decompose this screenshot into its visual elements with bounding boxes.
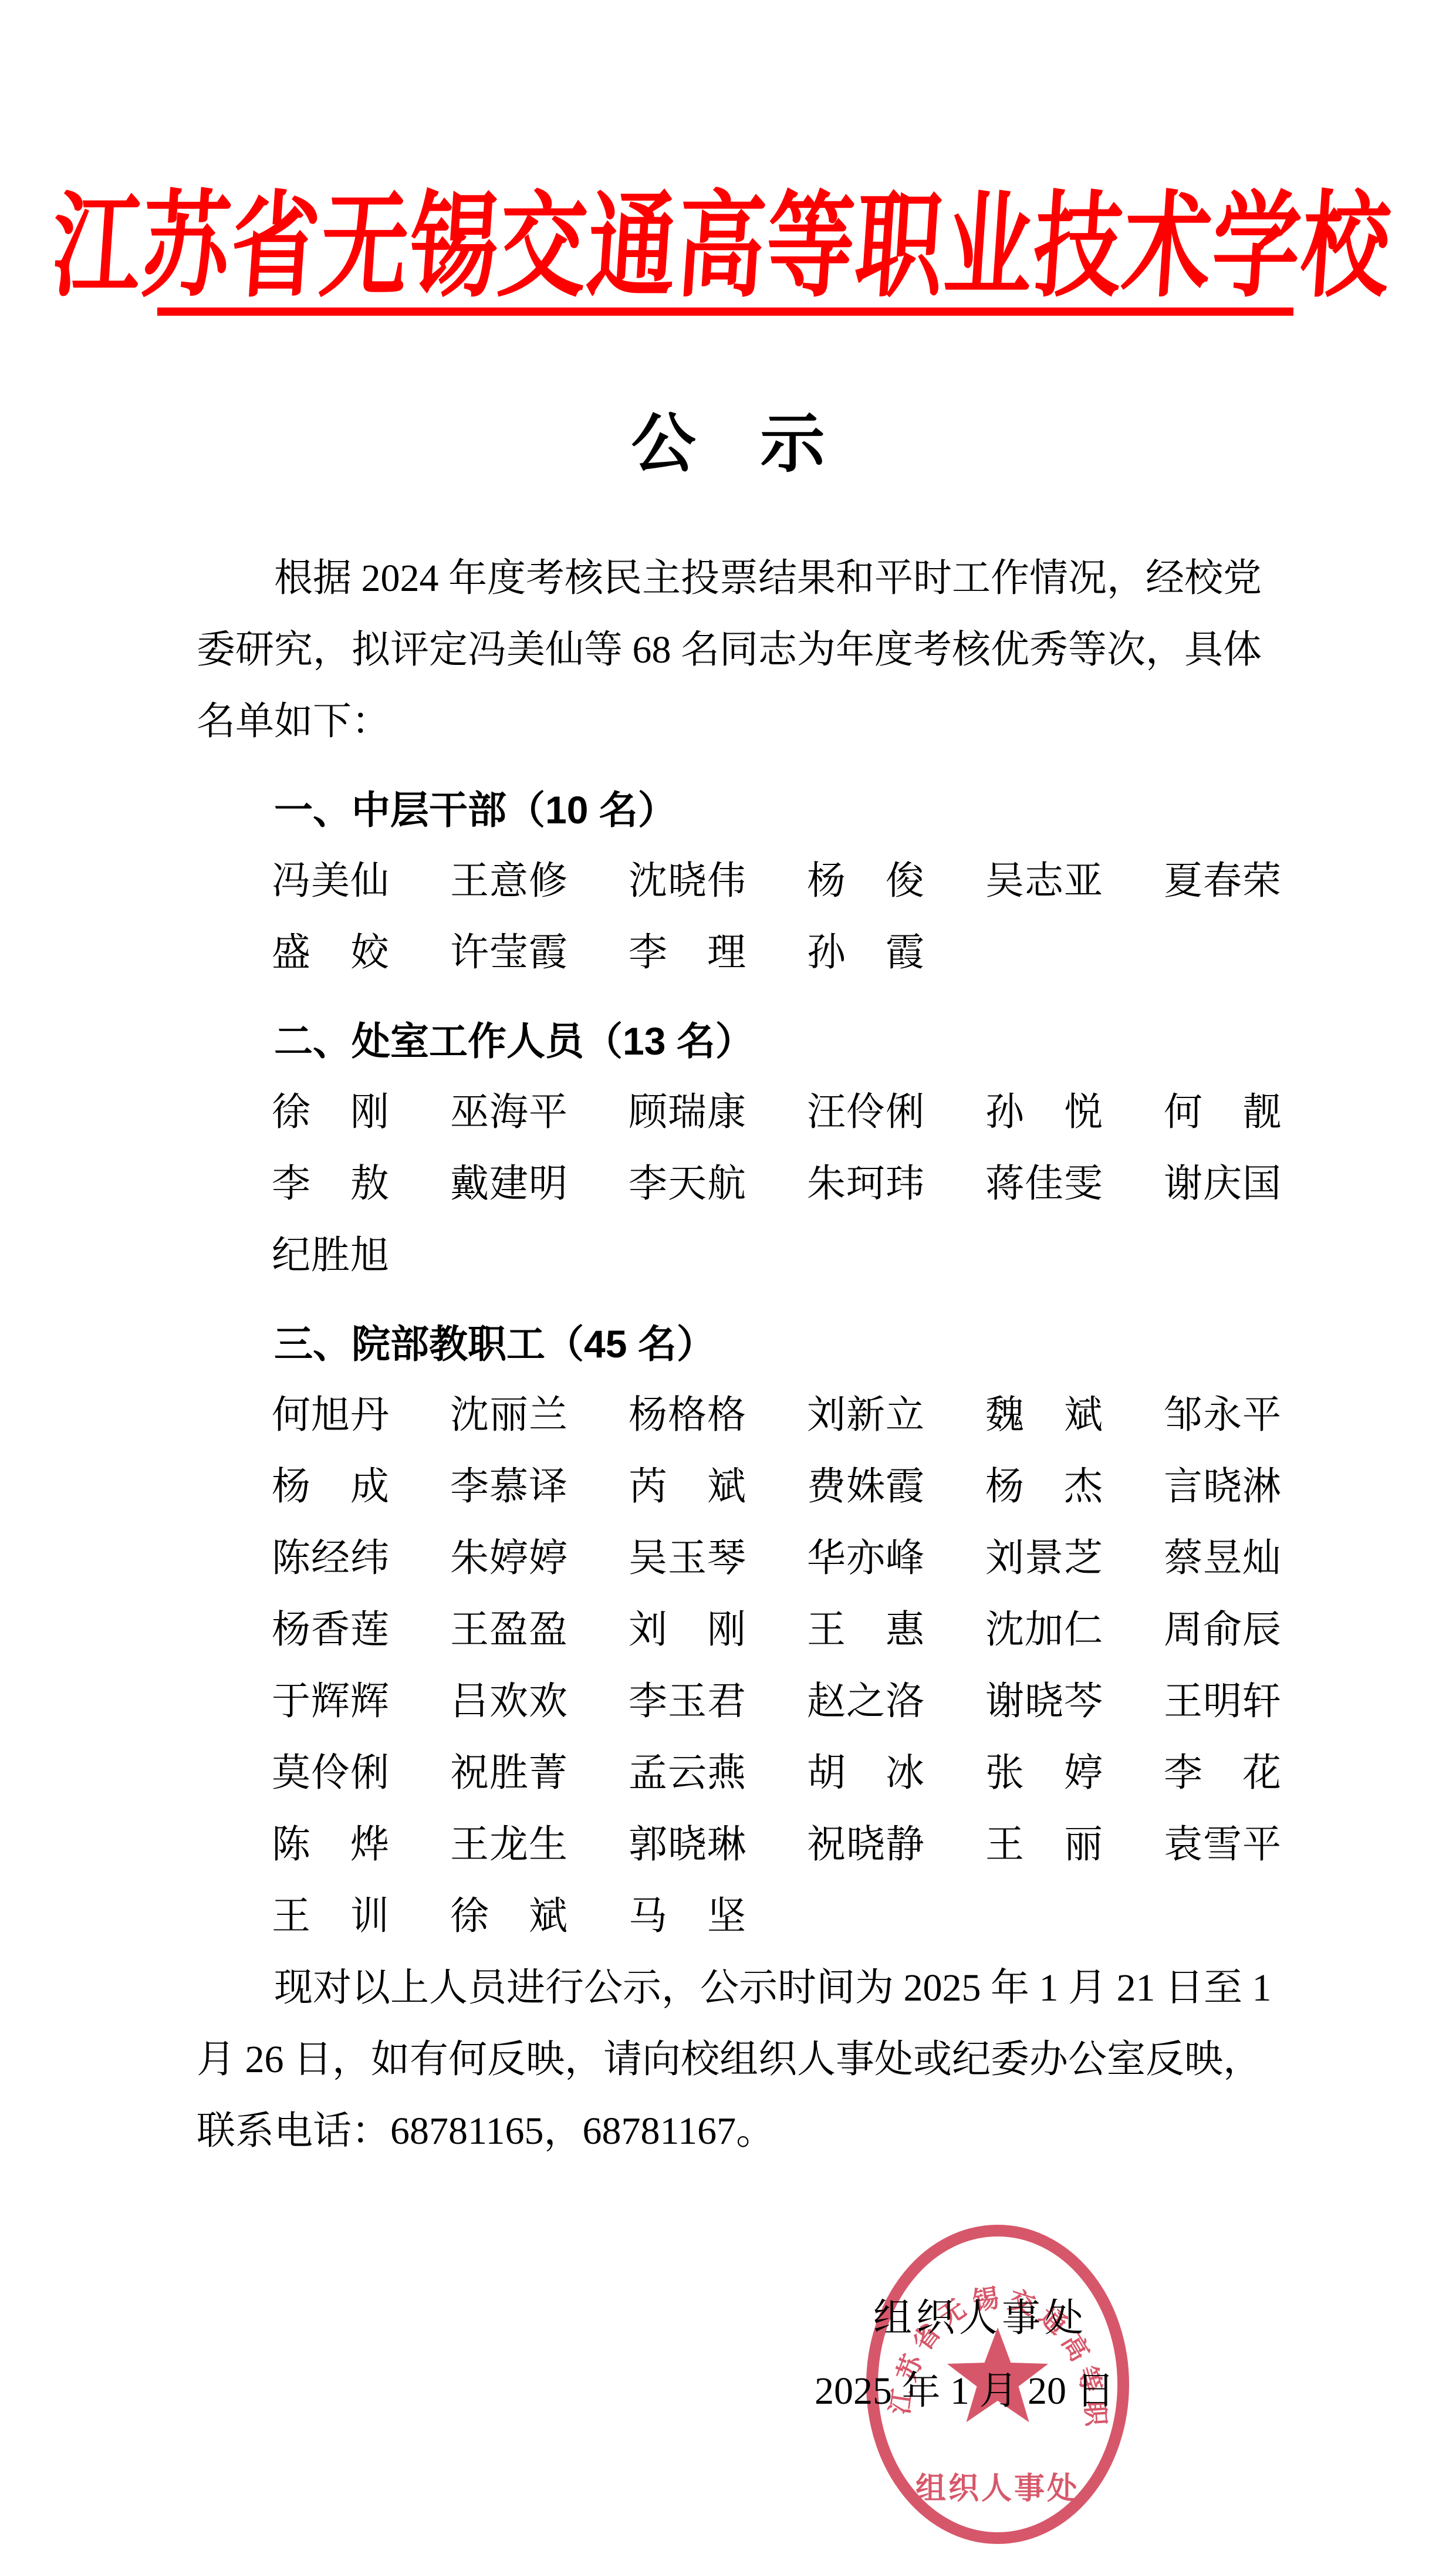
person-name-char: 轩 [1242, 1666, 1281, 1738]
closing-line: 现对以上人员进行公示，公示时间为 2025 年 1 月 21 日至 1 [197, 1952, 1300, 2024]
names-row: 杨香莲王盈盈刘刚王惠沈加仁周俞辰 [272, 1594, 1300, 1666]
person-name-char: 琳 [707, 1809, 746, 1881]
person-name-char: 花 [1242, 1738, 1281, 1809]
person-name-char: 魏 [985, 1380, 1024, 1451]
person-name-char: 蒋 [985, 1148, 1024, 1220]
person-name-char: 何 [1164, 1077, 1202, 1148]
person-name-char: 郭 [629, 1809, 667, 1881]
person-name-char: 李 [629, 1148, 667, 1220]
person-name: 蒋佳雯 [985, 1148, 1103, 1220]
person-name-char: 袁 [1164, 1809, 1202, 1881]
person-name: 李敖 [272, 1148, 389, 1220]
person-name-char: 顾 [629, 1077, 667, 1148]
names-row: 徐刚巫海平顾瑞康汪伶俐孙悦何靓 [272, 1077, 1300, 1148]
person-name-char: 汪 [807, 1077, 846, 1148]
person-name-char: 靓 [1242, 1077, 1281, 1148]
person-name-char: 沈 [450, 1380, 489, 1451]
person-name-char: 冰 [886, 1738, 924, 1809]
person-name-char: 理 [707, 917, 746, 989]
person-name-char: 杨 [272, 1451, 310, 1523]
person-name-char: 杨 [629, 1380, 667, 1451]
person-name-char: 明 [1203, 1666, 1242, 1738]
person-name-char: 佳 [1025, 1148, 1063, 1220]
person-name-char: 朱 [450, 1523, 489, 1594]
names-row: 于辉辉吕欢欢李玉君赵之洛谢晓芩王明轩 [272, 1666, 1300, 1738]
person-name-char: 烨 [350, 1809, 389, 1881]
person-name-char: 王 [450, 1594, 489, 1666]
person-name: 孟云燕 [629, 1738, 746, 1809]
person-name-char: 何 [272, 1380, 310, 1451]
person-name-char: 刚 [350, 1077, 389, 1148]
person-name-char: 王 [1164, 1666, 1202, 1738]
person-name-char: 悦 [1064, 1077, 1103, 1148]
person-name: 谢晓芩 [985, 1666, 1103, 1738]
person-name: 杨俊 [807, 846, 924, 917]
person-name-char: 张 [985, 1738, 1024, 1809]
person-name-char: 欢 [529, 1666, 567, 1738]
person-name-char: 祝 [807, 1809, 846, 1881]
intro-line: 委研究，拟评定冯美仙等 68 名同志为年度考核优秀等次，具体 [197, 614, 1300, 686]
person-name-char: 赵 [807, 1666, 846, 1738]
person-name-char: 旭 [350, 1220, 389, 1292]
page-title: 公 示 [0, 392, 1456, 485]
person-name-char: 周 [1164, 1594, 1202, 1666]
person-name-char: 祝 [450, 1738, 489, 1809]
person-name-char: 芩 [1064, 1666, 1103, 1738]
person-name-char: 巫 [450, 1077, 489, 1148]
person-name: 王龙生 [450, 1809, 567, 1881]
names-row: 何旭丹沈丽兰杨格格刘新立魏斌邹永平 [272, 1380, 1300, 1451]
person-name-char: 吴 [629, 1523, 667, 1594]
person-name-char: 霞 [886, 917, 924, 989]
person-name-char: 美 [311, 846, 350, 917]
names-row: 王训徐斌马坚 [272, 1881, 1300, 1952]
person-name-char: 坚 [707, 1881, 746, 1952]
person-name-char: 李 [272, 1148, 310, 1220]
person-name-char: 晓 [846, 1809, 885, 1881]
person-name-char: 夏 [1164, 846, 1202, 917]
person-name-char: 淋 [1242, 1451, 1281, 1523]
person-name-char: 慕 [489, 1451, 528, 1523]
person-name-char: 胜 [311, 1220, 350, 1292]
person-name-char: 格 [707, 1380, 746, 1451]
person-name-char: 荣 [1242, 846, 1281, 917]
person-name: 吕欢欢 [450, 1666, 567, 1738]
person-name: 陈经纬 [272, 1523, 389, 1594]
person-name-char: 姣 [350, 917, 389, 989]
person-name-char: 杨 [807, 846, 846, 917]
person-name: 蔡昱灿 [1164, 1523, 1281, 1594]
person-name-char: 俊 [886, 846, 924, 917]
document-body: 根据 2024 年度考核民主投票结果和平时工作情况，经校党 委研究，拟评定冯美仙… [197, 543, 1300, 2167]
person-name-char: 亦 [846, 1523, 885, 1594]
person-name: 盛姣 [272, 917, 389, 989]
person-name-char: 陈 [272, 1809, 310, 1881]
sections-container: 一、中层干部（10 名）冯美仙王意修沈晓伟杨俊吴志亚夏春荣盛姣许莹霞李理孙霞二、… [197, 774, 1300, 1952]
announcement-page: 江苏省无锡交通高等职业技术学校 公 示 根据 2024 年度考核民主投票结果和平… [0, 0, 1456, 2561]
person-name-char: 于 [272, 1666, 310, 1738]
person-name-char: 斌 [707, 1451, 746, 1523]
person-name: 顾瑞康 [629, 1077, 746, 1148]
person-name-char: 谢 [1164, 1148, 1202, 1220]
person-name-char: 航 [707, 1148, 746, 1220]
person-name: 李天航 [629, 1148, 746, 1220]
person-name: 夏春荣 [1164, 846, 1281, 917]
closing-line: 联系电话：68781165，68781167。 [197, 2096, 1300, 2167]
person-name-char: 志 [1025, 846, 1063, 917]
person-name: 何靓 [1164, 1077, 1281, 1148]
person-name-char: 盈 [529, 1594, 567, 1666]
person-name-char: 平 [1242, 1809, 1281, 1881]
person-name-char: 孙 [807, 917, 846, 989]
person-name: 王盈盈 [450, 1594, 567, 1666]
person-name: 杨成 [272, 1451, 389, 1523]
person-name-char: 伟 [707, 846, 746, 917]
closing-line: 月 26 日，如有何反映，请向校组织人事处或纪委办公室反映， [197, 2024, 1300, 2096]
person-name-char: 费 [807, 1451, 846, 1523]
person-name-char: 云 [668, 1738, 707, 1809]
person-name-char: 庆 [1203, 1148, 1242, 1220]
person-name-char: 建 [489, 1148, 528, 1220]
person-name: 芮斌 [629, 1451, 746, 1523]
person-name: 巫海平 [450, 1077, 567, 1148]
person-name: 李玉君 [629, 1666, 746, 1738]
person-name-char: 胜 [489, 1738, 528, 1809]
person-name: 张婷 [985, 1738, 1103, 1809]
person-name: 王明轩 [1164, 1666, 1281, 1738]
person-name: 沈丽兰 [450, 1380, 567, 1451]
person-name-char: 孙 [985, 1077, 1024, 1148]
person-name-char: 加 [1025, 1594, 1063, 1666]
person-name: 徐刚 [272, 1077, 389, 1148]
person-name-char: 永 [1203, 1380, 1242, 1451]
person-name-char: 杰 [1064, 1451, 1103, 1523]
person-name: 李理 [629, 917, 746, 989]
names-row: 李敖戴建明李天航朱珂玮蒋佳雯谢庆国 [272, 1148, 1300, 1220]
person-name: 袁雪平 [1164, 1809, 1281, 1881]
person-name: 胡冰 [807, 1738, 924, 1809]
signature-department: 组织人事处 [873, 2286, 1087, 2342]
person-name-char: 辰 [1242, 1594, 1281, 1666]
names-row: 盛姣许莹霞李理孙霞 [272, 917, 1300, 989]
person-name: 孙悦 [985, 1077, 1103, 1148]
person-name-char: 国 [1242, 1148, 1281, 1220]
person-name: 杨杰 [985, 1451, 1103, 1523]
person-name: 赵之洛 [807, 1666, 924, 1738]
person-name: 冯美仙 [272, 846, 389, 917]
person-name-char: 王 [272, 1881, 310, 1952]
person-name: 言晓淋 [1164, 1451, 1281, 1523]
stamp-bottom-text: 组织人事处 [916, 2472, 1080, 2506]
person-name-char: 刘 [985, 1523, 1024, 1594]
person-name-char: 马 [629, 1881, 667, 1952]
person-name: 何旭丹 [272, 1380, 389, 1451]
person-name: 朱婷婷 [450, 1523, 567, 1594]
person-name-char: 蔡 [1164, 1523, 1202, 1594]
person-name-char: 龙 [489, 1809, 528, 1881]
intro-line: 根据 2024 年度考核民主投票结果和平时工作情况，经校党 [197, 543, 1300, 614]
person-name: 许莹霞 [450, 917, 567, 989]
person-name-char: 王 [450, 1809, 489, 1881]
person-name-char: 纪 [272, 1220, 310, 1292]
section-heading: 二、处室工作人员（13 名） [197, 1005, 1300, 1077]
person-name-char: 平 [529, 1077, 567, 1148]
section-heading: 三、院部教职工（45 名） [197, 1308, 1300, 1380]
person-name-char: 戴 [450, 1148, 489, 1220]
person-name-char: 俐 [350, 1738, 389, 1809]
person-name-char: 朱 [807, 1148, 846, 1220]
person-name-char: 霞 [529, 917, 567, 989]
person-name-char: 晓 [1203, 1451, 1242, 1523]
person-name-char: 冯 [272, 846, 310, 917]
person-name-char: 平 [1242, 1380, 1281, 1451]
person-name-char: 玉 [668, 1666, 707, 1738]
person-name-char: 意 [489, 846, 528, 917]
person-name-char: 俞 [1203, 1594, 1242, 1666]
person-name-char: 莫 [272, 1738, 310, 1809]
person-name-char: 晓 [668, 1809, 707, 1881]
person-name-char: 盈 [489, 1594, 528, 1666]
person-name: 吴玉琴 [629, 1523, 746, 1594]
person-name-char: 辉 [350, 1666, 389, 1738]
person-name: 朱珂玮 [807, 1148, 924, 1220]
person-name-char: 伶 [846, 1077, 885, 1148]
person-name-char: 陈 [272, 1523, 310, 1594]
person-name-char: 之 [846, 1666, 885, 1738]
person-name-char: 莲 [350, 1594, 389, 1666]
person-name: 邹永平 [1164, 1380, 1281, 1451]
person-name-char: 雪 [1203, 1809, 1242, 1881]
person-name-char: 刚 [707, 1594, 746, 1666]
person-name-char: 王 [807, 1594, 846, 1666]
person-name-char: 婷 [489, 1523, 528, 1594]
person-name-char: 俐 [886, 1077, 924, 1148]
person-name: 马坚 [629, 1881, 746, 1952]
person-name-char: 经 [311, 1523, 350, 1594]
person-name: 周俞辰 [1164, 1594, 1281, 1666]
person-name-char: 王 [450, 846, 489, 917]
person-name-char: 菁 [529, 1738, 567, 1809]
person-name: 沈晓伟 [629, 846, 746, 917]
person-name-char: 格 [668, 1380, 707, 1451]
person-name-char: 斌 [529, 1881, 567, 1952]
person-name: 郭晓琳 [629, 1809, 746, 1881]
person-name-char: 敖 [350, 1148, 389, 1220]
person-name-char: 李 [629, 1666, 667, 1738]
person-name-char: 沈 [629, 846, 667, 917]
person-name-char: 杨 [272, 1594, 310, 1666]
names-row: 杨成李慕译芮斌费姝霞杨杰言晓淋 [272, 1451, 1300, 1523]
person-name-char: 杨 [985, 1451, 1024, 1523]
person-name-char: 成 [350, 1451, 389, 1523]
person-name-char: 李 [450, 1451, 489, 1523]
person-name-char: 天 [668, 1148, 707, 1220]
person-name-char: 旭 [311, 1380, 350, 1451]
person-name-char: 海 [489, 1077, 528, 1148]
school-name: 江苏省无锡交通高等职业技术学校 [0, 154, 1456, 319]
person-name-char: 芮 [629, 1451, 667, 1523]
person-name: 祝晓静 [807, 1809, 924, 1881]
names-row: 莫伶俐祝胜菁孟云燕胡冰张婷李花 [272, 1738, 1300, 1809]
person-name-char: 仁 [1064, 1594, 1103, 1666]
person-name: 王丽 [985, 1809, 1103, 1881]
person-name-char: 霞 [886, 1451, 924, 1523]
person-name-char: 昱 [1203, 1523, 1242, 1594]
person-name: 沈加仁 [985, 1594, 1103, 1666]
person-name-char: 莹 [489, 917, 528, 989]
person-name: 汪伶俐 [807, 1077, 924, 1148]
person-name: 祝胜菁 [450, 1738, 567, 1809]
person-name-char: 孟 [629, 1738, 667, 1809]
person-name: 戴建明 [450, 1148, 567, 1220]
person-name-char: 伶 [311, 1738, 350, 1809]
person-name: 孙霞 [807, 917, 924, 989]
person-name-char: 李 [629, 917, 667, 989]
letterhead-underline [157, 308, 1293, 316]
person-name: 华亦峰 [807, 1523, 924, 1594]
person-name: 纪胜旭 [272, 1220, 389, 1292]
person-name-char: 峰 [886, 1523, 924, 1594]
person-name-char: 晓 [1025, 1666, 1063, 1738]
person-name: 刘新立 [807, 1380, 924, 1451]
person-name-char: 丽 [1064, 1809, 1103, 1881]
person-name-char: 徐 [272, 1077, 310, 1148]
person-name-char: 燕 [707, 1738, 746, 1809]
person-name-char: 玮 [886, 1148, 924, 1220]
person-name-char: 静 [886, 1809, 924, 1881]
person-name-char: 姝 [846, 1451, 885, 1523]
person-name: 魏斌 [985, 1380, 1103, 1451]
person-name-char: 景 [1025, 1523, 1063, 1594]
person-name-char: 刘 [629, 1594, 667, 1666]
person-name-char: 训 [350, 1881, 389, 1952]
person-name: 刘刚 [629, 1594, 746, 1666]
person-name-char: 琴 [707, 1523, 746, 1594]
person-name-char: 新 [846, 1380, 885, 1451]
person-name-char: 惠 [886, 1594, 924, 1666]
person-name-char: 辉 [311, 1666, 350, 1738]
person-name: 王意修 [450, 846, 567, 917]
names-row: 冯美仙王意修沈晓伟杨俊吴志亚夏春荣 [272, 846, 1300, 917]
person-name-char: 许 [450, 917, 489, 989]
person-name: 陈烨 [272, 1809, 389, 1881]
person-name-char: 胡 [807, 1738, 846, 1809]
person-name-char: 玉 [668, 1523, 707, 1594]
person-name-char: 春 [1203, 846, 1242, 917]
person-name-char: 雯 [1064, 1148, 1103, 1220]
person-name-char: 邹 [1164, 1380, 1202, 1451]
person-name-char: 刘 [807, 1380, 846, 1451]
person-name-char: 译 [529, 1451, 567, 1523]
section-heading: 一、中层干部（10 名） [197, 774, 1300, 846]
person-name-char: 晓 [668, 846, 707, 917]
person-name-char: 李 [1164, 1738, 1202, 1809]
person-name-char: 香 [311, 1594, 350, 1666]
person-name-char: 兰 [529, 1380, 567, 1451]
person-name-char: 婷 [1064, 1738, 1103, 1809]
intro-line: 名单如下： [197, 686, 1300, 758]
person-name-char: 灿 [1242, 1523, 1281, 1594]
person-name-char: 丽 [489, 1380, 528, 1451]
person-name-char: 立 [886, 1380, 924, 1451]
person-name-char: 丹 [350, 1380, 389, 1451]
person-name-char: 芝 [1064, 1523, 1103, 1594]
person-name-char: 谢 [985, 1666, 1024, 1738]
person-name: 于辉辉 [272, 1666, 389, 1738]
person-name: 莫伶俐 [272, 1738, 389, 1809]
person-name-char: 吴 [985, 846, 1024, 917]
person-name-char: 瑞 [668, 1077, 707, 1148]
person-name-char: 生 [529, 1809, 567, 1881]
person-name-char: 明 [529, 1148, 567, 1220]
person-name: 李花 [1164, 1738, 1281, 1809]
person-name: 刘景芝 [985, 1523, 1103, 1594]
names-row: 纪胜旭 [272, 1220, 1300, 1292]
person-name-char: 君 [707, 1666, 746, 1738]
person-name-char: 珂 [846, 1148, 885, 1220]
person-name-char: 纬 [350, 1523, 389, 1594]
person-name: 谢庆国 [1164, 1148, 1281, 1220]
person-name-char: 康 [707, 1077, 746, 1148]
person-name-char: 沈 [985, 1594, 1024, 1666]
person-name: 杨格格 [629, 1380, 746, 1451]
person-name-char: 王 [985, 1809, 1024, 1881]
person-name-char: 修 [529, 846, 567, 917]
person-name: 费姝霞 [807, 1451, 924, 1523]
person-name-char: 洛 [886, 1666, 924, 1738]
person-name-char: 徐 [450, 1881, 489, 1952]
person-name-char: 仙 [350, 846, 389, 917]
person-name-char: 盛 [272, 917, 310, 989]
person-name: 吴志亚 [985, 846, 1103, 917]
person-name: 李慕译 [450, 1451, 567, 1523]
person-name: 徐斌 [450, 1881, 567, 1952]
person-name: 王训 [272, 1881, 389, 1952]
person-name: 王惠 [807, 1594, 924, 1666]
person-name: 杨香莲 [272, 1594, 389, 1666]
names-row: 陈经纬朱婷婷吴玉琴华亦峰刘景芝蔡昱灿 [272, 1523, 1300, 1594]
person-name-char: 华 [807, 1523, 846, 1594]
person-name-char: 欢 [489, 1666, 528, 1738]
signature-date: 2025 年 1 月 20 日 [815, 2359, 1115, 2415]
person-name-char: 斌 [1064, 1380, 1103, 1451]
person-name-char: 言 [1164, 1451, 1202, 1523]
person-name-char: 婷 [529, 1523, 567, 1594]
names-row: 陈烨王龙生郭晓琳祝晓静王丽袁雪平 [272, 1809, 1300, 1881]
person-name-char: 吕 [450, 1666, 489, 1738]
person-name-char: 亚 [1064, 846, 1103, 917]
